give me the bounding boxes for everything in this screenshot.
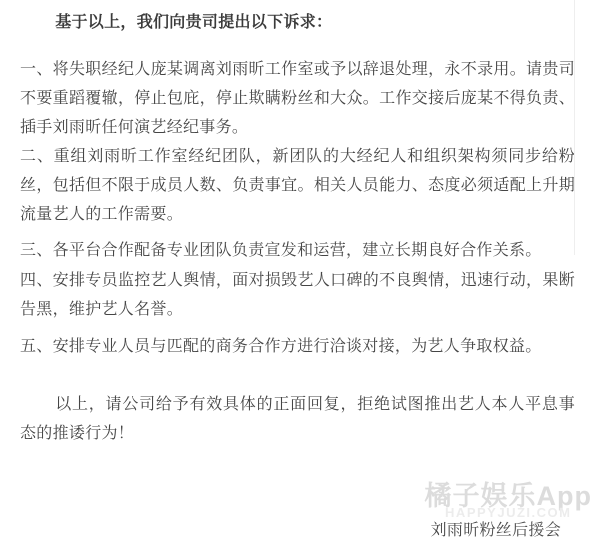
demand-item-5: 五、安排专业人员与匹配的商务合作方进行洽谈对接，为艺人争取权益。: [20, 332, 575, 361]
watermark: 橘子娱乐App HAPPYJUZI.COM: [425, 483, 592, 519]
demand-item-3: 三、各平台合作配备专业团队负责宣发和运营，建立长期良好合作关系。: [20, 236, 575, 265]
letter-title: 基于以上，我们向贵司提出以下诉求：: [20, 8, 575, 37]
letter-document: 基于以上，我们向贵司提出以下诉求： 一、将失职经纪人庞某调离刘雨昕工作室或予以辞…: [0, 0, 600, 541]
page-edge-line: [574, 0, 575, 255]
closing-paragraph: 以上，请公司给予有效具体的正面回复，拒绝试图推出艺人本人平息事态的推诿行为！: [20, 390, 575, 448]
signature: 刘雨昕粉丝后援会: [20, 520, 575, 541]
watermark-site-url: HAPPYJUZI.COM: [425, 506, 592, 519]
demand-item-2: 二、重组刘雨昕工作室经纪团队，新团队的大经纪人和组织架构须同步给粉丝，包括但不限…: [20, 142, 575, 229]
watermark-brand-logo: 橘子娱乐App: [425, 483, 592, 510]
demand-item-4: 四、安排专员监控艺人舆情，面对损毁艺人口碑的不良舆情，迅速行动，果断告黑，维护艺…: [20, 266, 575, 324]
demand-item-1: 一、将失职经纪人庞某调离刘雨昕工作室或予以辞退处理，永不录用。请贵司不要重蹈覆辙…: [20, 55, 575, 142]
